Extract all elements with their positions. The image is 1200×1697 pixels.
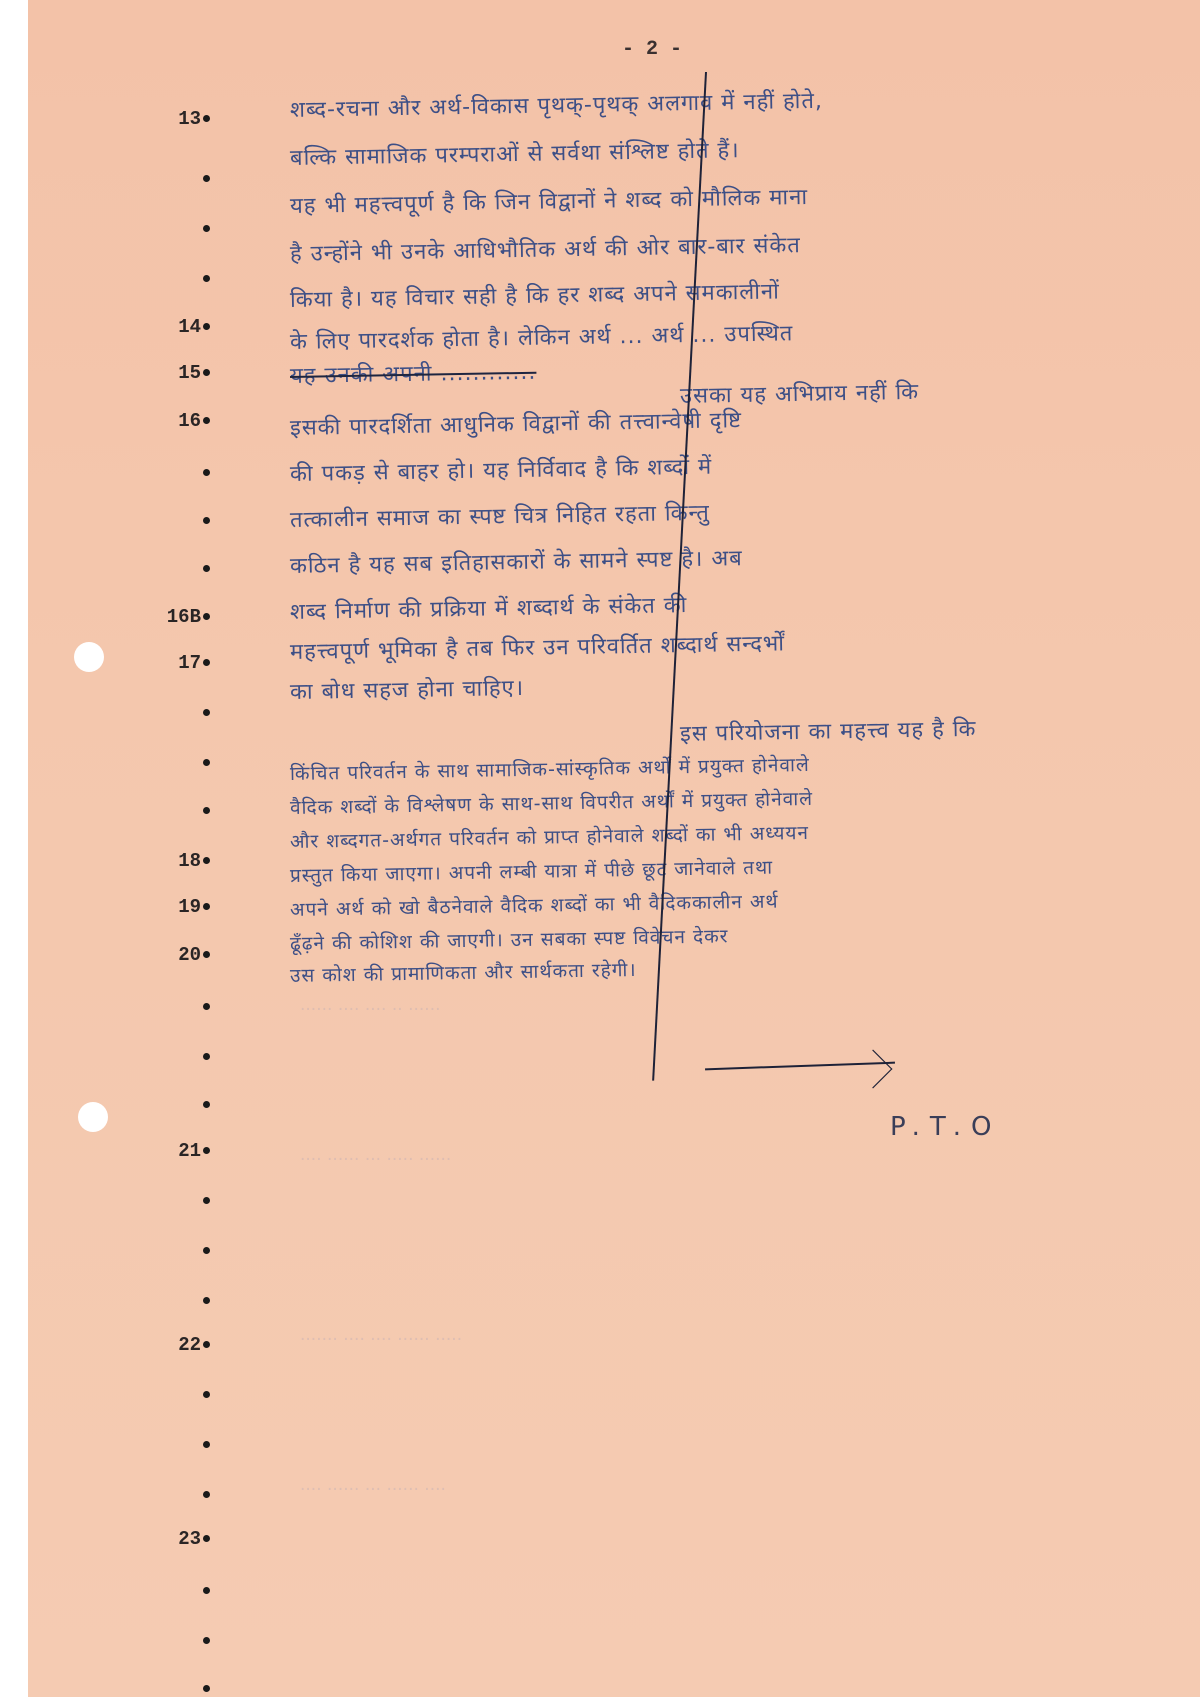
dot-icon (203, 807, 210, 814)
bleed-through-text: ······· ···· ···· ······ ····· (300, 1330, 462, 1350)
line-dot (150, 510, 210, 534)
line-number: 15 (150, 362, 210, 386)
line-number-label: 17 (178, 652, 201, 674)
line-dot (150, 218, 210, 242)
line-number-label: 19 (178, 896, 201, 918)
line-dot (150, 558, 210, 582)
dot-icon (203, 759, 210, 766)
line-number: 23 (150, 1528, 210, 1552)
line-dot (150, 1046, 210, 1070)
dot-icon (203, 1003, 210, 1010)
line-number: 13 (150, 108, 210, 132)
line-dot (150, 462, 210, 486)
line-number-label: 15 (178, 362, 201, 384)
dot-icon (203, 1247, 210, 1254)
line-dot (150, 1678, 210, 1697)
dot-icon (203, 1101, 210, 1108)
dot-icon (203, 323, 210, 330)
dot-icon (203, 369, 210, 376)
line-number: 18 (150, 850, 210, 874)
bleed-through-text: ···· ······ ··· ······ ···· (300, 1480, 446, 1500)
dot-icon (203, 903, 210, 910)
bleed-through-text: ···· ······ ··· ····· ······ (300, 1150, 451, 1170)
line-number-label: 20 (178, 944, 201, 966)
dot-icon (203, 1535, 210, 1542)
pto-note: P.T.O (890, 1112, 1001, 1142)
line-number-margin: 1314151616B17181920212223 (150, 0, 210, 1697)
line-dot (150, 1240, 210, 1264)
dot-icon (203, 1441, 210, 1448)
line-number-label: 16 (178, 410, 201, 432)
line-number: 14 (150, 316, 210, 340)
dot-icon (203, 417, 210, 424)
dot-icon (203, 1147, 210, 1154)
line-dot (150, 702, 210, 726)
line-number: 17 (150, 652, 210, 676)
punch-hole-bottom (78, 1102, 108, 1132)
line-dot (150, 1630, 210, 1654)
line-number-label: 13 (178, 108, 201, 130)
dot-icon (203, 1685, 210, 1692)
line-dot (150, 1384, 210, 1408)
dot-icon (203, 709, 210, 716)
dot-icon (203, 659, 210, 666)
line-dot (150, 752, 210, 776)
dot-icon (203, 175, 210, 182)
line-number: 19 (150, 896, 210, 920)
page-number: - 2 - (622, 38, 682, 61)
line-number-label: 22 (178, 1334, 201, 1356)
line-number-label: 14 (178, 316, 201, 338)
line-number-label: 21 (178, 1140, 201, 1162)
line-dot (150, 1580, 210, 1604)
struck-out-line: यह उनकी अपनी ............ (290, 354, 630, 390)
dot-icon (203, 1341, 210, 1348)
scan-border (0, 0, 28, 1697)
line-number: 16B (150, 606, 210, 630)
dot-icon (203, 275, 210, 282)
dot-icon (203, 1587, 210, 1594)
dot-icon (203, 1297, 210, 1304)
dot-icon (203, 613, 210, 620)
line-dot (150, 1290, 210, 1314)
punch-hole-top (74, 642, 104, 672)
line-dot (150, 268, 210, 292)
handwritten-line: का बोध सहज होना चाहिए। (290, 672, 525, 706)
bleed-through-text: ······ ···· ···· ·· ······ (300, 1000, 441, 1020)
dot-icon (203, 1491, 210, 1498)
line-dot (150, 168, 210, 192)
dot-icon (203, 115, 210, 122)
line-number: 21 (150, 1140, 210, 1164)
dot-icon (203, 857, 210, 864)
line-number: 16 (150, 410, 210, 434)
handwritten-line: इस परियोजना का महत्त्व यह है कि (680, 713, 977, 748)
line-dot (150, 1094, 210, 1118)
line-number-label: 23 (178, 1528, 201, 1550)
dot-icon (203, 1053, 210, 1060)
dot-icon (203, 225, 210, 232)
dot-icon (203, 469, 210, 476)
dot-icon (203, 1197, 210, 1204)
line-number: 22 (150, 1334, 210, 1358)
line-dot (150, 800, 210, 824)
line-number: 20 (150, 944, 210, 968)
line-number-label: 16B (167, 606, 201, 628)
line-dot (150, 1434, 210, 1458)
dot-icon (203, 517, 210, 524)
line-number-label: 18 (178, 850, 201, 872)
dot-icon (203, 565, 210, 572)
line-dot (150, 1484, 210, 1508)
line-dot (150, 1190, 210, 1214)
dot-icon (203, 951, 210, 958)
dot-icon (203, 1391, 210, 1398)
dot-icon (203, 1637, 210, 1644)
line-dot (150, 996, 210, 1020)
